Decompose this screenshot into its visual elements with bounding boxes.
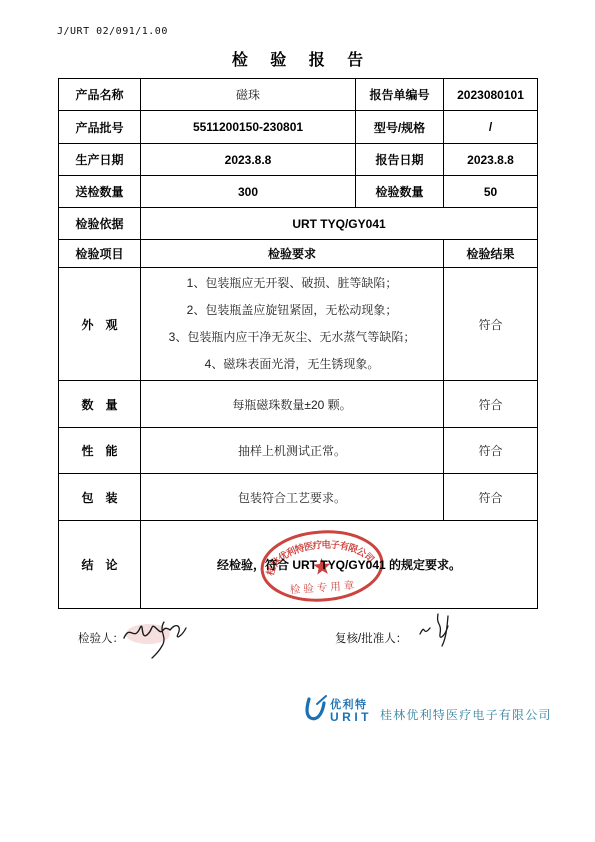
logo-english-name: URIT [330,711,372,724]
performance-result: 符合 [444,428,538,474]
inspected-qty-label: 检验数量 [356,176,444,208]
submitted-qty-value: 300 [141,176,356,208]
product-name-label: 产品名称 [59,79,141,111]
batch-no-value: 5511200150-230801 [141,111,356,144]
document-code: J/URT 02/091/1.00 [57,26,168,37]
quantity-requirement: 每瓶磁珠数量±20 颗。 [141,381,444,428]
requirement-line: 2、包装瓶盖应旋钮紧固，无松动现象； [141,297,443,324]
reviewer-signature [412,608,468,654]
inspected-qty-value: 50 [444,176,538,208]
row-performance: 性 能 抽样上机测试正常。 符合 [59,428,538,474]
product-name-value: 磁珠 [141,79,356,111]
inspection-report-page: J/URT 02/091/1.00 检 验 报 告 产品名称 磁珠 报告单编号 … [0,0,595,842]
packaging-result: 符合 [444,474,538,521]
report-title: 检 验 报 告 [0,47,595,70]
row-batch-no: 产品批号 5511200150-230801 型号/规格 / [59,111,538,144]
production-date-label: 生产日期 [59,144,141,176]
company-full-name: 桂林优利特医疗电子有限公司 [380,706,552,724]
row-appearance: 外 观 1、包装瓶应无开裂、破损、脏等缺陷； 2、包装瓶盖应旋钮紧固，无松动现象… [59,268,538,381]
row-quantities: 送检数量 300 检验数量 50 [59,176,538,208]
report-table: 产品名称 磁珠 报告单编号 2023080101 产品批号 5511200150… [58,78,538,609]
header-item: 检验项目 [59,240,141,268]
conclusion-label: 结 论 [59,521,141,609]
urit-logo-icon [303,695,328,723]
batch-no-label: 产品批号 [59,111,141,144]
appearance-result: 符合 [444,268,538,381]
report-no-value: 2023080101 [444,79,538,111]
basis-label: 检验依据 [59,208,141,240]
requirement-line: 3、包装瓶内应干净无灰尘、无水蒸气等缺陷； [141,324,443,351]
appearance-item-label: 外 观 [59,268,141,381]
report-no-label: 报告单编号 [356,79,444,111]
report-date-label: 报告日期 [356,144,444,176]
submitted-qty-label: 送检数量 [59,176,141,208]
reviewer-label: 复核/批准人： [335,630,407,646]
row-product-name: 产品名称 磁珠 报告单编号 2023080101 [59,79,538,111]
row-conclusion: 结 论 经检验，符合 URT TYQ/GY041 的规定要求。 [59,521,538,609]
company-footer: 优利特 URIT 桂林优利特医疗电子有限公司 [303,695,552,724]
model-spec-label: 型号/规格 [356,111,444,144]
quantity-result: 符合 [444,381,538,428]
model-spec-value: / [444,111,538,144]
requirement-line: 4、磁珠表面光滑，无生锈现象。 [141,351,443,378]
packaging-item-label: 包 装 [59,474,141,521]
inspector-label: 检验人： [78,630,124,646]
basis-value: URT TYQ/GY041 [141,208,538,240]
row-production-date: 生产日期 2023.8.8 报告日期 2023.8.8 [59,144,538,176]
packaging-requirement: 包装符合工艺要求。 [141,474,444,521]
row-basis: 检验依据 URT TYQ/GY041 [59,208,538,240]
row-packaging: 包 装 包装符合工艺要求。 符合 [59,474,538,521]
header-result: 检验结果 [444,240,538,268]
performance-requirement: 抽样上机测试正常。 [141,428,444,474]
production-date-value: 2023.8.8 [141,144,356,176]
requirement-line: 1、包装瓶应无开裂、破损、脏等缺陷； [141,270,443,297]
quantity-item-label: 数 量 [59,381,141,428]
report-date-value: 2023.8.8 [444,144,538,176]
header-requirement: 检验要求 [141,240,444,268]
performance-item-label: 性 能 [59,428,141,474]
appearance-requirements: 1、包装瓶应无开裂、破损、脏等缺陷； 2、包装瓶盖应旋钮紧固，无松动现象； 3、… [141,268,444,381]
logo-text-stack: 优利特 URIT [330,700,372,724]
inspector-signature [118,612,198,660]
row-section-headers: 检验项目 检验要求 检验结果 [59,240,538,268]
row-quantity-check: 数 量 每瓶磁珠数量±20 颗。 符合 [59,381,538,428]
conclusion-text: 经检验，符合 URT TYQ/GY041 的规定要求。 [141,521,538,609]
